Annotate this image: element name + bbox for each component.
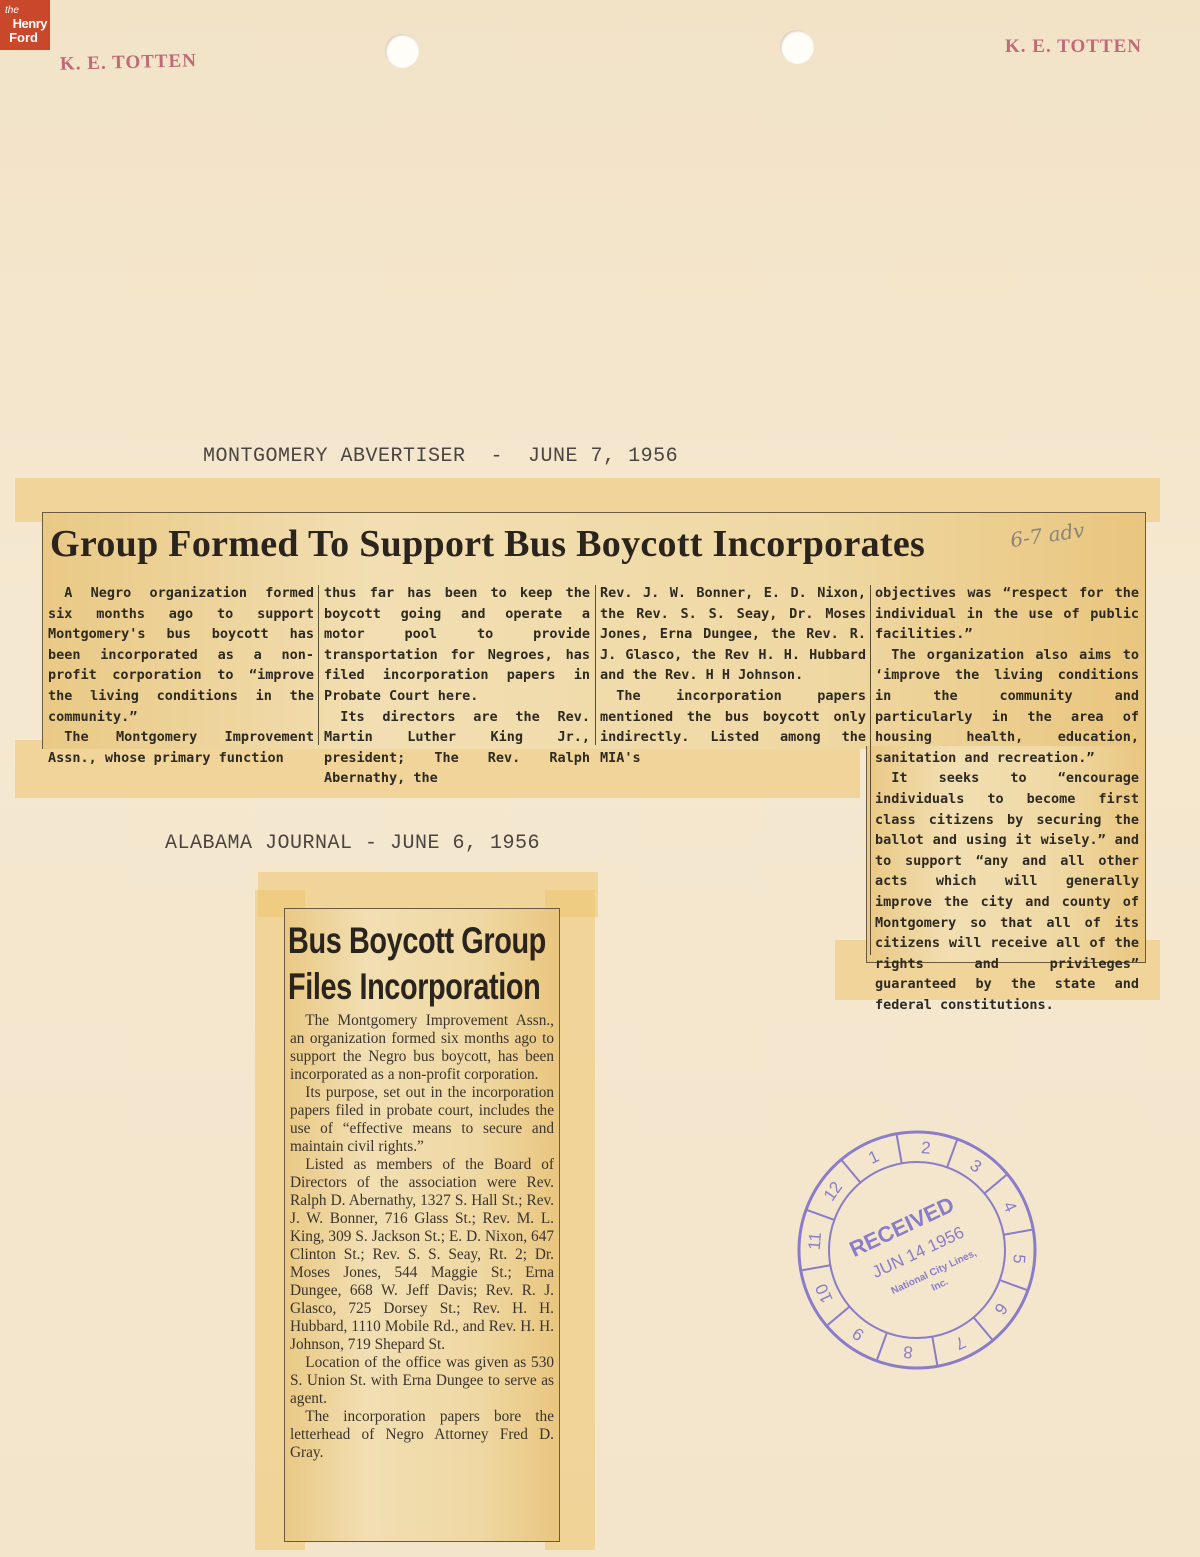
paragraph: The incorporation papers mentioned the b…: [600, 686, 866, 768]
month-number: 12: [820, 1178, 846, 1204]
name-stamp-right: K. E. TOTTEN: [1005, 36, 1142, 58]
headline-line: Bus Boycott Group: [288, 918, 546, 964]
headline-line: Files Incorporation: [288, 964, 546, 1010]
month-divider: [984, 1174, 1007, 1193]
month-number: 10: [811, 1281, 836, 1306]
logo-ford: Ford: [9, 31, 38, 44]
name-stamp-left: K. E. TOTTEN: [60, 50, 197, 76]
month-number: 6: [990, 1299, 1011, 1318]
month-number: 2: [920, 1138, 931, 1158]
paragraph: A Negro organization formed six months a…: [48, 583, 314, 727]
column-rule: [870, 585, 871, 955]
month-divider: [801, 1265, 831, 1270]
paragraph: Its directors are the Rev. Martin Luther…: [324, 707, 590, 789]
logo-the: the: [5, 6, 19, 16]
month-divider: [974, 1317, 993, 1340]
binder-hole-left: [385, 34, 419, 68]
paragraph: The Montgomery Improvement Assn., whose …: [48, 727, 314, 768]
month-number: 7: [952, 1332, 969, 1353]
month-divider: [827, 1307, 850, 1326]
paragraph: objectives was “respect for the individu…: [875, 583, 1139, 645]
clipping1-column-3: Rev. J. W. Bonner, E. D. Nixon, the Rev.…: [600, 583, 866, 768]
received-stamp-graphic: 123456789101112 RECEIVED JUN 14 1956 Nat…: [795, 1128, 1040, 1373]
clipping1-headline: Group Formed To Support Bus Boycott Inco…: [50, 522, 925, 566]
paragraph: The incorporation papers bore the letter…: [290, 1408, 554, 1462]
month-divider: [1004, 1230, 1034, 1235]
clipping2-headline: Bus Boycott Group Files Incorporation: [288, 918, 546, 1010]
paragraph: Location of the office was given as 530 …: [290, 1354, 554, 1408]
column-rule: [318, 585, 319, 745]
clipping1-column-1: A Negro organization formed six months a…: [48, 583, 314, 768]
clipping2-caption: ALABAMA JOURNAL - JUNE 6, 1956: [165, 832, 540, 855]
month-number: 8: [903, 1342, 914, 1362]
binder-hole-right: [780, 30, 814, 64]
paragraph: The Montgomery Improvement Assn., an org…: [290, 1012, 554, 1084]
month-divider: [841, 1160, 860, 1183]
received-date-stamp: 123456789101112 RECEIVED JUN 14 1956 Nat…: [795, 1128, 1040, 1373]
month-number: 3: [966, 1156, 985, 1177]
clipping2-body: The Montgomery Improvement Assn., an org…: [290, 1012, 554, 1462]
paragraph: thus far has been to keep the boycott go…: [324, 583, 590, 707]
paragraph: It seeks to “encourage individuals to be…: [875, 768, 1139, 1015]
month-divider: [877, 1333, 887, 1361]
month-divider: [947, 1139, 957, 1167]
month-divider: [806, 1210, 834, 1220]
month-divider: [897, 1134, 902, 1164]
month-number: 1: [865, 1146, 882, 1167]
paragraph: Rev. J. W. Bonner, E. D. Nixon, the Rev.…: [600, 583, 866, 686]
paragraph: Its purpose, set out in the incorporatio…: [290, 1084, 554, 1156]
henry-ford-logo: the Henry Ford: [0, 0, 50, 50]
month-number: 5: [1009, 1253, 1029, 1264]
month-divider: [1000, 1280, 1028, 1290]
month-number: 4: [999, 1198, 1020, 1215]
month-number: 11: [805, 1231, 825, 1250]
clipping1-caption: MONTGOMERY ABVERTISER - JUNE 7, 1956: [203, 445, 678, 468]
month-number: 9: [849, 1323, 868, 1344]
clipping1-column-2: thus far has been to keep the boycott go…: [324, 583, 590, 789]
clipping1-column-4: objectives was “respect for the individu…: [875, 583, 1139, 1015]
logo-henry: Henry: [13, 17, 47, 30]
month-divider: [932, 1337, 937, 1367]
paragraph: Listed as members of the Board of Direct…: [290, 1156, 554, 1354]
column-rule: [595, 585, 596, 745]
paragraph: The organization also aims to ‘improve t…: [875, 645, 1139, 769]
